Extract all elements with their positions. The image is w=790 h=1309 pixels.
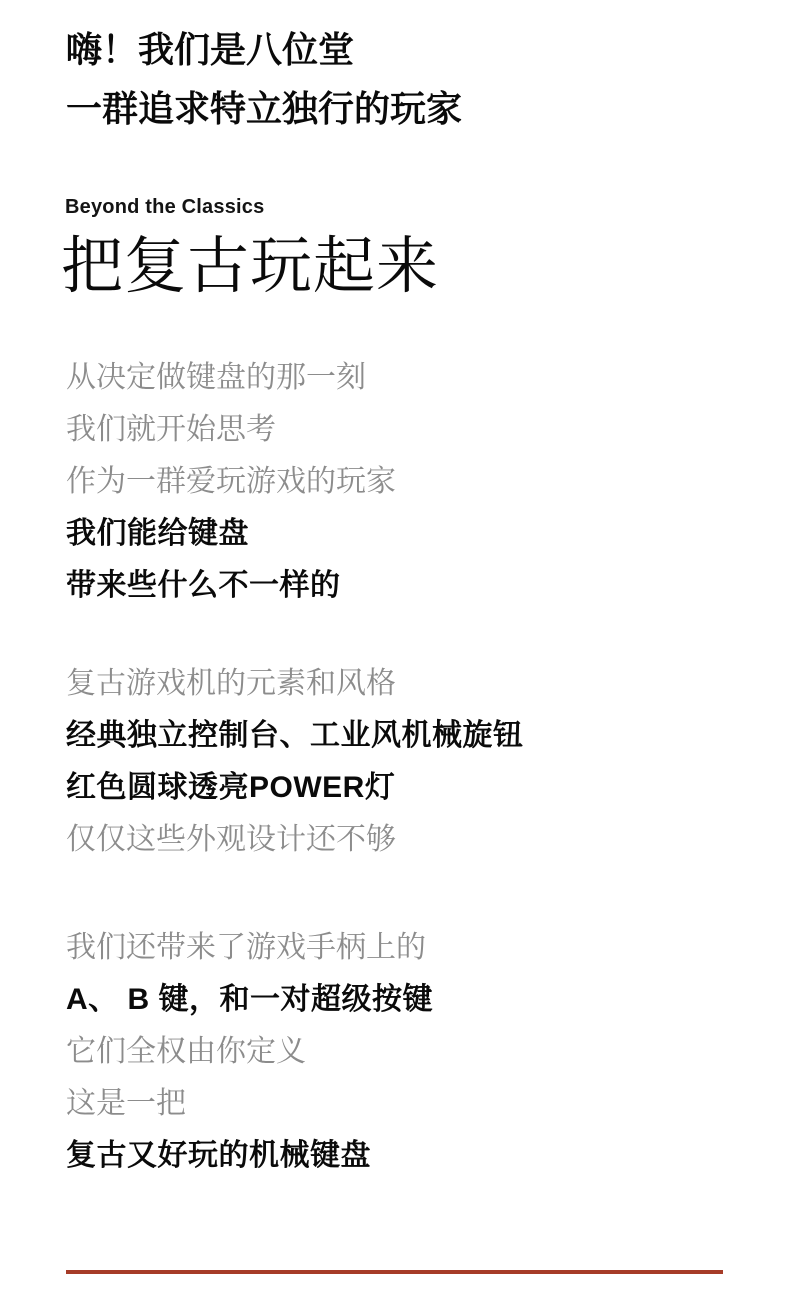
story-line: 复古游戏机的元素和风格 [66,658,524,710]
story-line: 这是一把 [66,1078,433,1130]
story-line: 我们还带来了游戏手柄上的 [66,922,433,974]
story-line-emphasis: A、 B 键，和一对超级按键 [66,974,433,1026]
story-paragraph-3: 我们还带来了游戏手柄上的 A、 B 键，和一对超级按键 它们全权由你定义 这是一… [66,922,433,1182]
story-line-emphasis: 经典独立控制台、工业风机械旋钮 [66,710,524,762]
story-line: 它们全权由你定义 [66,1026,433,1078]
story-line: 作为一群爱玩游戏的玩家 [66,456,396,508]
hero-headline: 把复古玩起来 [61,229,439,305]
story-paragraph-2: 复古游戏机的元素和风格 经典独立控制台、工业风机械旋钮 红色圆球透亮POWER灯… [66,658,524,866]
intro-line-1: 嗨！我们是八位堂 [66,20,462,79]
product-story-page: 嗨！我们是八位堂 一群追求特立独行的玩家 Beyond the Classics… [0,0,790,1309]
story-line: 仅仅这些外观设计还不够 [66,814,524,866]
story-paragraph-1: 从决定做键盘的那一刻 我们就开始思考 作为一群爱玩游戏的玩家 我们能给键盘 带来… [66,352,396,612]
intro-line-2: 一群追求特立独行的玩家 [66,79,462,138]
story-line-emphasis: 红色圆球透亮POWER灯 [66,762,524,814]
story-line-emphasis: 带来些什么不一样的 [66,560,396,612]
section-divider-line [66,1270,723,1274]
story-line: 从决定做键盘的那一刻 [66,352,396,404]
intro-heading: 嗨！我们是八位堂 一群追求特立独行的玩家 [66,20,462,138]
story-line-emphasis: 我们能给键盘 [66,508,396,560]
story-line: 我们就开始思考 [66,404,396,456]
hero-eyebrow: Beyond the Classics [65,194,264,220]
story-line-emphasis: 复古又好玩的机械键盘 [66,1130,433,1182]
